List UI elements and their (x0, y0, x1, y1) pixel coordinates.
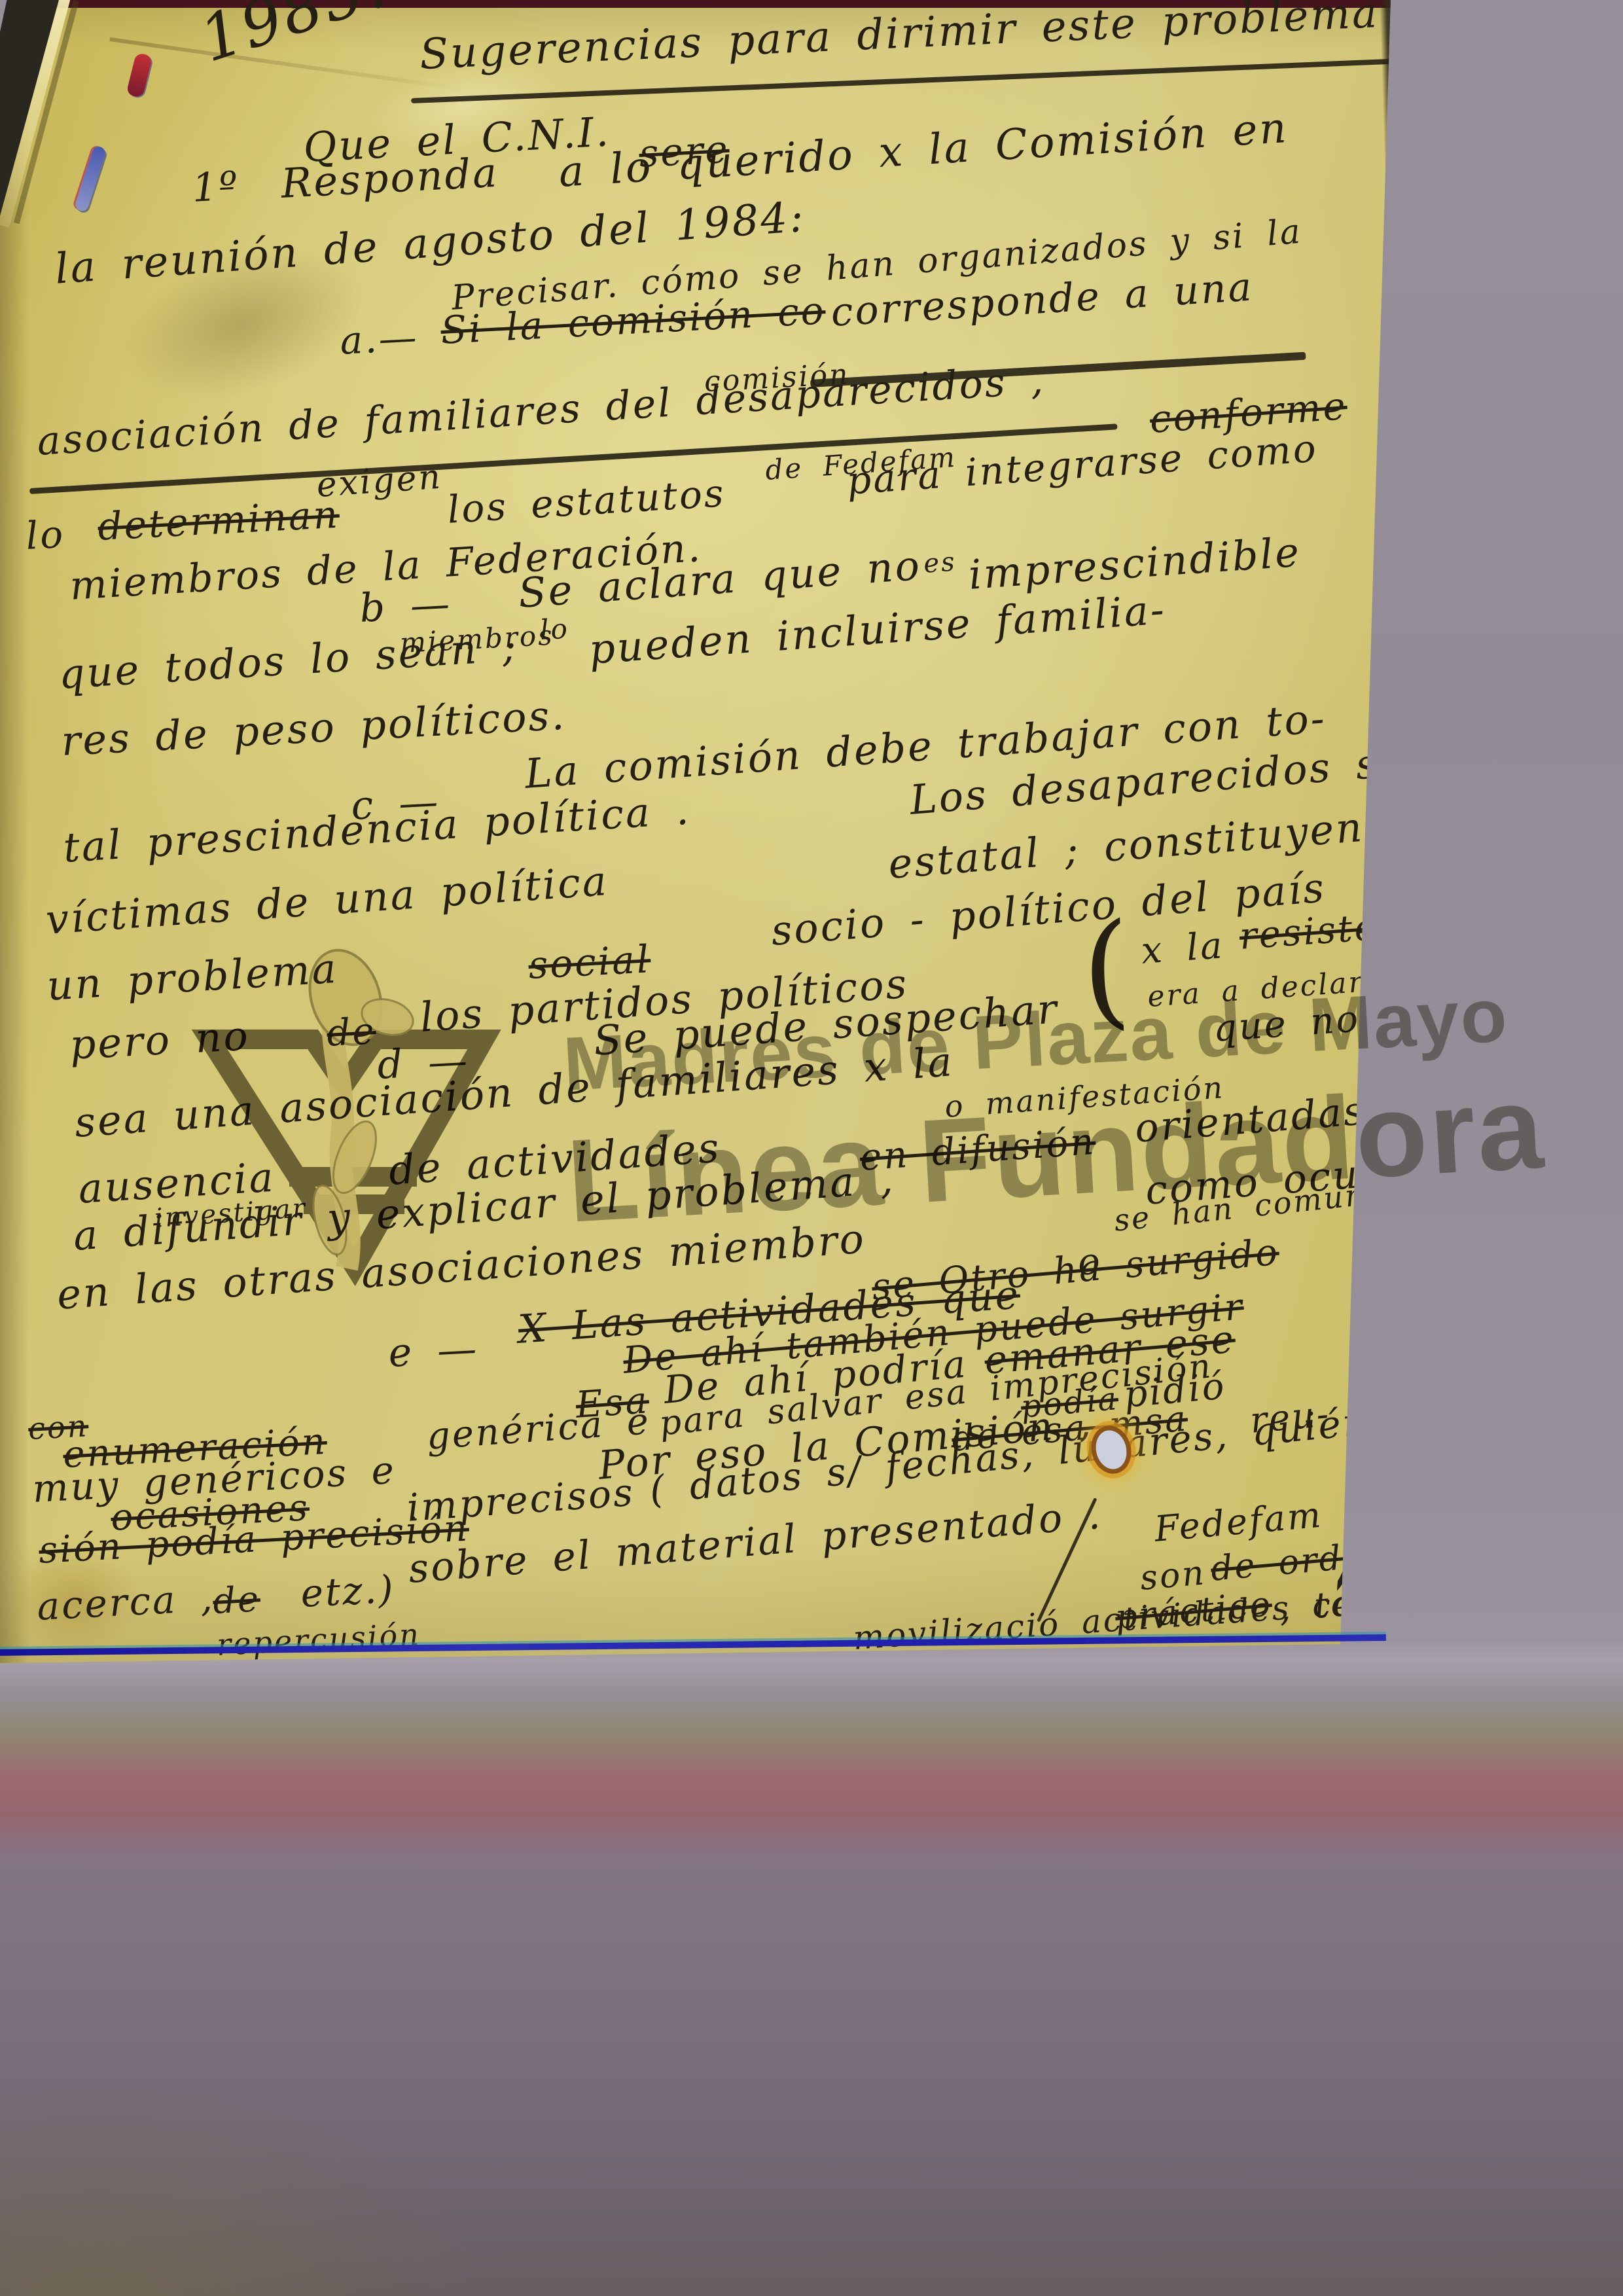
handwriting-segment: un problema (46, 948, 339, 1007)
handwriting-segment: son (1139, 1556, 1207, 1596)
handwriting-segment: es (923, 548, 957, 577)
handwriting-segment: sión podía precisión (38, 1511, 470, 1570)
handwriting-segment: resisten (1238, 907, 1404, 955)
handwriting-segment: 1985? (193, 0, 406, 71)
handwriting-segment: Responda (280, 152, 500, 204)
scanned-document: 1985?Sugerencias para dirimir este probl… (0, 0, 1623, 2296)
handwriting-segment: que no (1212, 1001, 1361, 1048)
handwriting-segment: determinan (97, 495, 340, 546)
handwriting-segment: imprescindible (967, 532, 1302, 596)
handwriting-segment: a lo querido x la Comisión en (558, 107, 1289, 194)
handwriting-segment: que todos lo sean ; (58, 626, 519, 695)
handwriting-segment: víctimas de una política (45, 861, 610, 941)
handwriting-segment: a.— (339, 318, 419, 360)
handwriting-segment: lo (25, 515, 65, 555)
handwriting-segment: de orden (1209, 1537, 1390, 1587)
handwriting-segment: repercusión (216, 1619, 421, 1660)
handwriting-segment: de (212, 1581, 261, 1619)
handwriting-segment: etz.) (300, 1570, 396, 1612)
handwriting-segment: acerca , (36, 1579, 215, 1626)
handwriting-segment: res de peso políticos. (60, 695, 567, 762)
scanner-background-gradient (0, 1833, 1623, 2296)
handwriting-segment: lo (539, 615, 570, 644)
margin-brace: ( (1080, 906, 1133, 1032)
handwriting-segment: social (527, 940, 652, 984)
handwriting-segment: e — (387, 1329, 480, 1373)
handwriting-segment: de (326, 1013, 377, 1052)
handwriting-segment: los estatutos (446, 474, 726, 529)
manuscript-paper: 1985?Sugerencias para dirimir este probl… (0, 0, 1623, 1676)
handwriting-layer: 1985?Sugerencias para dirimir este probl… (0, 0, 1623, 1676)
handwriting-segment: Fedefam (1153, 1498, 1324, 1547)
vertical-note: reticencia (1440, 817, 1505, 992)
handwriting-segment: en difusión (859, 1124, 1097, 1177)
handwriting-segment: pero no (69, 1016, 251, 1066)
handwriting-segment: x la (1140, 927, 1225, 970)
handwriting-segment: 1º (191, 166, 240, 208)
handwriting-segment: b — (359, 584, 452, 628)
